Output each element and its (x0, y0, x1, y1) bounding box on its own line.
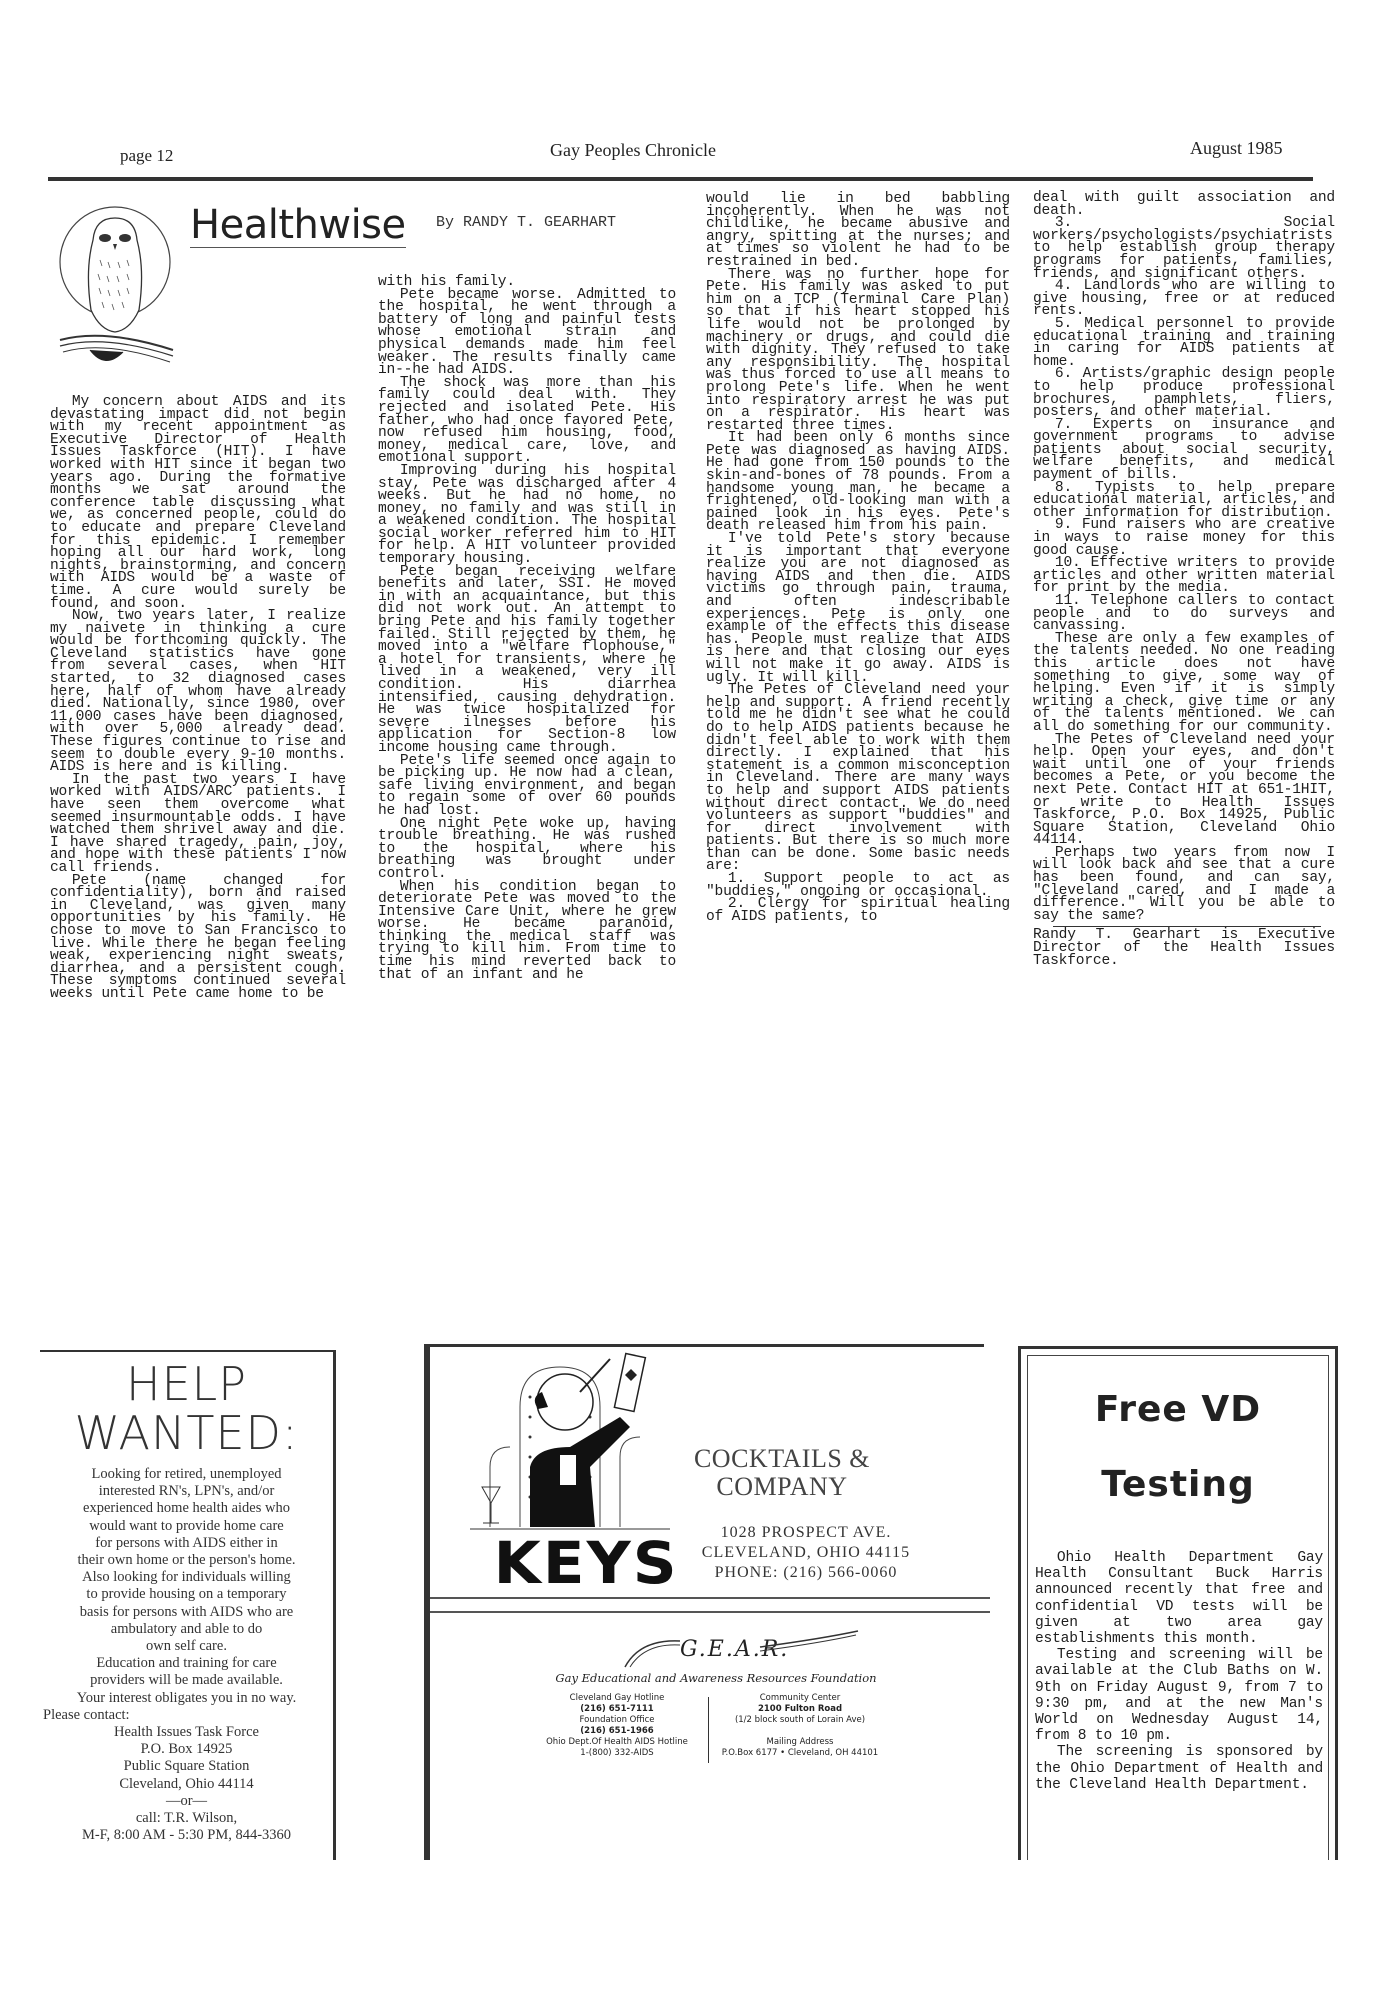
body-line: own self care. (40, 1638, 333, 1655)
contact-line: M-F, 8:00 AM - 5:30 PM, 844-3360 (40, 1827, 333, 1844)
keys-logo: KEYS (494, 1533, 679, 1593)
contact-label: Please contact: (40, 1707, 333, 1724)
paragraph: 6. Artists/graphic design people to help… (1033, 368, 1335, 418)
byline: By RANDY T. GEARHART (436, 214, 616, 231)
gear-divider (708, 1697, 709, 1763)
paragraph: 3. Social workers/psychologists/psychiat… (1033, 217, 1335, 280)
paragraph: I've told Pete's story because it is imp… (706, 533, 1010, 684)
gear-line: (216) 651-1966 (526, 1726, 708, 1737)
help-wanted-title-1: HELP (40, 1360, 333, 1408)
contact-line: Cleveland, Ohio 44114 (40, 1776, 333, 1793)
header-rule (48, 177, 1313, 181)
page-number: page 12 (120, 146, 173, 166)
contact-line: Health Issues Task Force (40, 1724, 333, 1741)
article-column-1: My concern about AIDS and its devastatin… (50, 396, 346, 1001)
body-line: Also looking for individuals willing (40, 1569, 333, 1586)
paragraph: 4. Landlords who are willing to give hou… (1033, 280, 1335, 318)
keys-address-2: CLEVELAND, OHIO 44115 (656, 1543, 956, 1563)
gear-contacts-left: Cleveland Gay Hotline (216) 651-7111 Fou… (526, 1693, 708, 1759)
owl-illustration-icon (55, 200, 175, 375)
gear-contacts-right: Community Center 2100 Fulton Road (1/2 b… (712, 1693, 888, 1759)
gear-line: (1/2 block south of Lorain Ave) (712, 1715, 888, 1726)
paragraph: 5. Medical personnel to provide educatio… (1033, 318, 1335, 368)
gear-full-name: Gay Educational and Awareness Resources … (526, 1671, 906, 1685)
body-line: ambulatory and able to do (40, 1621, 333, 1638)
gear-line: P.O.Box 6177 • Cleveland, OH 44101 (712, 1748, 888, 1759)
body-line: their own home or the person's home. (40, 1552, 333, 1569)
gear-line: Community Center (712, 1693, 888, 1704)
keys-name-line-2: COMPANY (662, 1473, 902, 1501)
gear-line: Mailing Address (712, 1737, 888, 1748)
ad-divider-double (430, 1597, 990, 1613)
gear-line: Ohio Dept.Of Health AIDS Hotline (526, 1737, 708, 1748)
paragraph: Improving during his hospital stay, Pete… (378, 465, 676, 566)
paragraph: 11. Telephone callers to contact people … (1033, 595, 1335, 633)
gear-swoosh-icon (620, 1629, 860, 1669)
article-column-4: deal with guilt association and death. 3… (1033, 192, 1335, 967)
body-line: basis for persons with AIDS who are (40, 1604, 333, 1621)
paragraph: The Petes of Cleveland need your help an… (706, 684, 1010, 873)
paragraph: In the past two years I have worked with… (50, 774, 346, 875)
gear-line: 2100 Fulton Road (712, 1704, 888, 1715)
keys-name-line-1: COCKTAILS & (662, 1445, 902, 1473)
paragraph: One night Pete woke up, having trouble b… (378, 818, 676, 881)
paragraph: 2. Clergy for spiritual healing of AIDS … (706, 898, 1010, 923)
paragraph: When his condition began to deteriorate … (378, 881, 676, 982)
body-line: Education and training for care (40, 1655, 333, 1672)
vd-testing-ad: Free VD Testing Ohio Health Department G… (1018, 1346, 1338, 1860)
paragraph: Perhaps two years from now I will look b… (1033, 847, 1335, 923)
publication-name: Gay Peoples Chronicle (550, 140, 716, 161)
body-line: providers will be made available. (40, 1672, 333, 1689)
body-line: Looking for retired, unemployed (40, 1466, 333, 1483)
paragraph: would lie in bed babbling incoherently. … (706, 193, 1010, 269)
paragraph: 9. Fund raisers who are creative in ways… (1033, 519, 1335, 557)
paragraph: Pete began receiving welfare benefits an… (378, 566, 676, 755)
body-line: to provide housing on a temporary (40, 1586, 333, 1603)
paragraph: Ohio Health Department Gay Health Consul… (1035, 1550, 1323, 1647)
paragraph: deal with guilt association and death. (1033, 192, 1335, 217)
body-line: for persons with AIDS either in (40, 1535, 333, 1552)
gear-spacer (712, 1726, 888, 1737)
paragraph: Testing and screening will be available … (1035, 1647, 1323, 1744)
paragraph: 7. Experts on insurance and government p… (1033, 419, 1335, 482)
paragraph: Pete became worse. Admitted to the hospi… (378, 289, 676, 377)
paragraph: Now, two years later, I realize my naive… (50, 610, 346, 774)
issue-date: August 1985 (1190, 138, 1283, 159)
contact-line: call: T.R. Wilson, (40, 1810, 333, 1827)
contact-line: P.O. Box 14925 (40, 1741, 333, 1758)
paragraph: 1. Support people to act as "buddies," o… (706, 873, 1010, 898)
gear-line: (216) 651-7111 (526, 1704, 708, 1715)
contact-line: Public Square Station (40, 1758, 333, 1775)
keys-gear-ad: KEYS COCKTAILS & COMPANY 1028 PROSPECT A… (424, 1344, 984, 1860)
author-bio: Randy T. Gearhart is Executive Director … (1033, 929, 1335, 967)
paragraph: The screening is sponsored by the Ohio D… (1035, 1744, 1323, 1793)
paragraph: The shock was more than his family could… (378, 377, 676, 465)
help-wanted-body: Looking for retired, unemployed interest… (40, 1466, 333, 1844)
body-line: Your interest obligates you in no way. (40, 1690, 333, 1707)
body-line: experienced home health aides who (40, 1500, 333, 1517)
paragraph: There was no further hope for Pete. His … (706, 269, 1010, 433)
paragraph: My concern about AIDS and its devastatin… (50, 396, 346, 610)
article-column-2: with his family. Pete became worse. Admi… (378, 276, 676, 981)
paragraph: Pete's life seemed once again to be pick… (378, 755, 676, 818)
gear-line: 1-(800) 332-AIDS (526, 1748, 708, 1759)
paragraph: It had been only 6 months since Pete was… (706, 432, 1010, 533)
vd-body: Ohio Health Department Gay Health Consul… (1035, 1550, 1323, 1793)
help-wanted-title-2: WANTED: (40, 1408, 333, 1458)
paragraph: Pete (name changed for confidentiality),… (50, 875, 346, 1001)
paragraph: 10. Effective writers to provide article… (1033, 557, 1335, 595)
keys-address-1: 1028 PROSPECT AVE. (656, 1523, 956, 1543)
paragraph: The Petes of Cleveland need your help. O… (1033, 734, 1335, 847)
body-line: interested RN's, LPN's, and/or (40, 1483, 333, 1500)
article-column-3: would lie in bed babbling incoherently. … (706, 193, 1010, 923)
gear-line: Cleveland Gay Hotline (526, 1693, 708, 1704)
body-line: would want to provide home care (40, 1518, 333, 1535)
help-wanted-ad: HELP WANTED: Looking for retired, unempl… (40, 1350, 336, 1860)
keys-phone: PHONE: (216) 566-0060 (656, 1563, 956, 1583)
paragraph: 8. Typists to help prepare educational m… (1033, 482, 1335, 520)
paragraph: These are only a few examples of the tal… (1033, 633, 1335, 734)
gear-line: Foundation Office (526, 1715, 708, 1726)
contact-line: —or— (40, 1793, 333, 1810)
column-title: Healthwise (190, 203, 406, 248)
